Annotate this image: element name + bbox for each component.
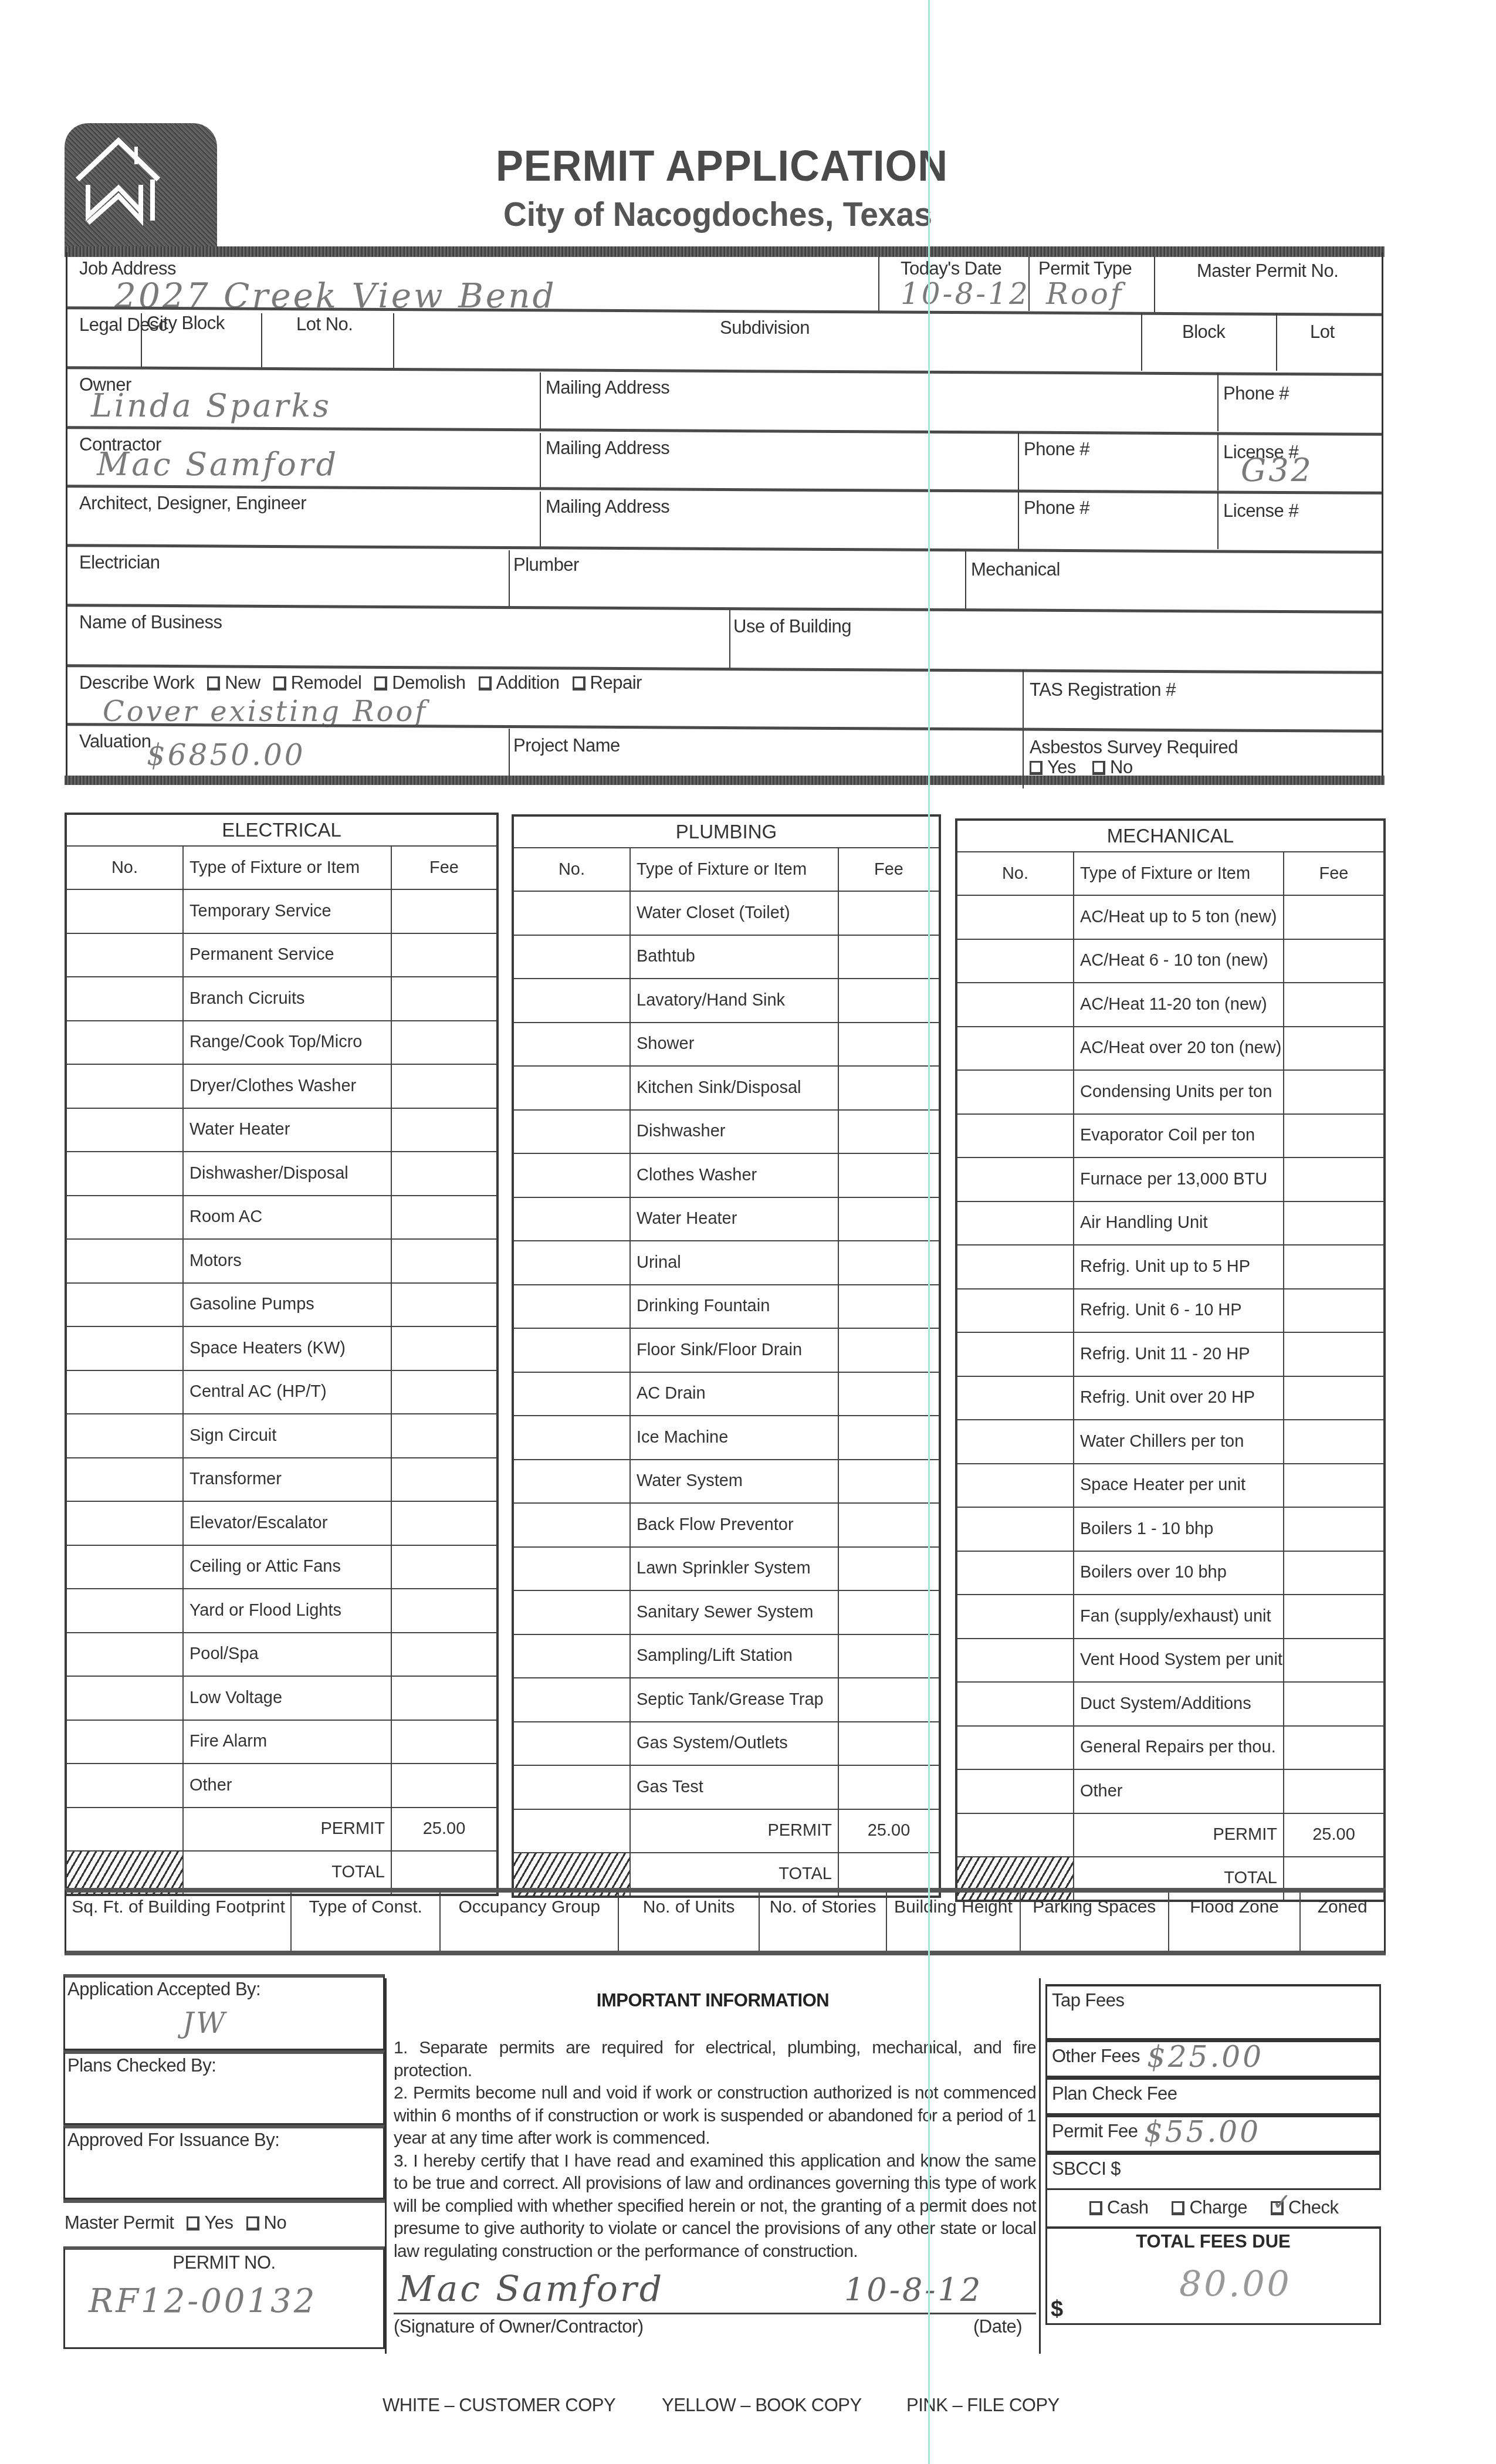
total-currency: $	[1051, 2297, 1063, 2322]
fee-cell[interactable]	[1284, 1769, 1385, 1813]
fee-row: Floor Sink/Floor Drain	[513, 1328, 940, 1372]
sbcci-row: SBCCI $	[1045, 2152, 1381, 2190]
fixture-label: Drinking Fountain	[630, 1285, 838, 1329]
building-info-field[interactable]: Building Height	[887, 1893, 1020, 1951]
fee-row: General Repairs per thou.	[956, 1726, 1385, 1770]
cash-checkbox[interactable]: Cash	[1089, 2198, 1148, 2226]
block-label: Block	[1182, 323, 1225, 342]
fee-row: Other	[66, 1764, 497, 1808]
fixture-label: Other	[1074, 1769, 1284, 1813]
quantity-cell[interactable]	[66, 889, 183, 933]
fees-panel: Tap Fees Other Fees$25.00 Plan Check Fee…	[1045, 1984, 1381, 2325]
fee-cell[interactable]	[838, 1765, 940, 1809]
fee-row: Sanitary Sewer System	[513, 1590, 940, 1634]
quantity-cell[interactable]	[66, 1064, 183, 1108]
project-name-label: Project Name	[513, 736, 620, 756]
checkbox-icon	[187, 2216, 199, 2231]
total-fees-label: TOTAL FEES DUE	[1047, 2229, 1379, 2252]
fee-cell[interactable]	[838, 1547, 940, 1591]
fee-cell[interactable]	[391, 1720, 497, 1764]
repair-checkbox[interactable]: Repair	[573, 673, 642, 693]
quantity-cell[interactable]	[66, 977, 183, 1021]
fee-cell[interactable]	[838, 1416, 940, 1460]
fixture-label: Refrig. Unit 6 - 10 HP	[1074, 1289, 1284, 1333]
quantity-cell[interactable]	[66, 1239, 183, 1283]
fee-row: Branch Cicruits	[66, 977, 497, 1021]
fixture-label: Refrig. Unit over 20 HP	[1074, 1376, 1284, 1420]
fee-cell[interactable]	[391, 977, 497, 1021]
fee-cell[interactable]	[391, 1021, 497, 1065]
fee-cell[interactable]	[391, 1152, 497, 1196]
fixture-label: Furnace per 13,000 BTU	[1074, 1157, 1284, 1201]
other-fees-field[interactable]: $25.00	[1147, 2040, 1264, 2074]
quantity-cell[interactable]	[956, 1507, 1074, 1551]
fee-cell[interactable]	[1284, 1289, 1385, 1333]
quantity-cell[interactable]	[956, 1376, 1074, 1420]
sbcci-label: SBCCI $	[1052, 2158, 1121, 2179]
fixture-label: AC/Heat 6 - 10 ton (new)	[1074, 939, 1284, 983]
fixture-label: Space Heater per unit	[1074, 1464, 1284, 1508]
fixture-label: Water Chillers per ton	[1074, 1420, 1284, 1464]
quantity-cell[interactable]	[66, 1633, 183, 1677]
fee-row: Clothes Washer	[513, 1153, 940, 1197]
contractor-phone-label: Phone #	[1024, 440, 1089, 459]
fixture-label: Central AC (HP/T)	[183, 1370, 391, 1414]
fixture-label: Gasoline Pumps	[183, 1283, 391, 1327]
building-info-field[interactable]: No. of Stories	[760, 1893, 887, 1951]
fee-cell[interactable]	[391, 1633, 497, 1677]
quantity-cell[interactable]	[513, 1241, 630, 1285]
fee-cell[interactable]	[1284, 939, 1385, 983]
quantity-cell[interactable]	[513, 1503, 630, 1547]
quantity-cell[interactable]	[956, 1027, 1074, 1071]
fixture-label: Branch Cicruits	[183, 977, 391, 1021]
permit-fee-cell[interactable]: 25.00	[1284, 1813, 1385, 1857]
fee-row: Lavatory/Hand Sink	[513, 979, 940, 1023]
contractor-license-field[interactable]: G32	[1241, 452, 1314, 489]
permit-fee-cell[interactable]: 25.00	[838, 1809, 940, 1853]
building-info-field[interactable]: Occupancy Group	[441, 1893, 619, 1951]
fee-cell[interactable]	[391, 889, 497, 933]
checkbox-icon	[573, 676, 585, 691]
fee-cell[interactable]	[838, 1372, 940, 1416]
owner-mailing-label: Mailing Address	[546, 378, 669, 398]
quantity-cell[interactable]	[513, 1678, 630, 1722]
form-divider	[65, 776, 1385, 785]
fee-cell[interactable]	[391, 1196, 497, 1240]
fixture-label: Vent Hood System per unit	[1074, 1639, 1284, 1683]
fixture-label: Boilers 1 - 10 bhp	[1074, 1507, 1284, 1551]
fee-row: Sign Circuit	[66, 1414, 497, 1458]
fee-cell[interactable]	[1284, 895, 1385, 939]
quantity-cell[interactable]	[513, 1590, 630, 1634]
important-information: IMPORTANT INFORMATION 1. Separate permit…	[385, 1978, 1041, 2354]
info-item-3: 3. I hereby certify that I have read and…	[394, 2150, 1036, 2263]
fee-cell[interactable]	[391, 1501, 497, 1545]
fee-cell[interactable]	[1284, 1507, 1385, 1551]
fee-cell[interactable]	[838, 1285, 940, 1329]
permit-label: PERMIT	[183, 1808, 391, 1852]
fee-cell[interactable]	[391, 933, 497, 977]
fee-cell[interactable]	[838, 1153, 940, 1197]
quantity-cell[interactable]	[956, 1639, 1074, 1683]
fee-cell[interactable]	[1284, 1376, 1385, 1420]
contractor-field[interactable]: Mac Samford	[97, 446, 339, 483]
check-checkbox[interactable]: ✓Check	[1271, 2198, 1338, 2226]
fee-row: Ice Machine	[513, 1416, 940, 1460]
building-info-field[interactable]: Sq. Ft. of Building Footprint	[66, 1893, 292, 1951]
fixture-label: Clothes Washer	[630, 1153, 838, 1197]
fee-cell[interactable]	[1284, 1726, 1385, 1770]
fee-row: Back Flow Preventor	[513, 1503, 940, 1547]
plan-check-row: Plan Check Fee	[1045, 2077, 1381, 2115]
fee-row: Dryer/Clothes Washer	[66, 1064, 497, 1108]
fee-row: Temporary Service	[66, 889, 497, 933]
quantity-cell[interactable]	[66, 1720, 183, 1764]
fee-row: Vent Hood System per unit	[956, 1639, 1385, 1683]
fee-cell[interactable]	[1284, 1027, 1385, 1071]
fee-row: Water Heater	[513, 1197, 940, 1241]
fee-cell[interactable]	[391, 1458, 497, 1502]
quantity-cell[interactable]	[956, 895, 1074, 939]
electrician-label: Electrician	[79, 553, 160, 573]
quantity-cell[interactable]	[513, 1110, 630, 1154]
quantity-cell[interactable]	[956, 1769, 1074, 1813]
quantity-cell[interactable]	[513, 1547, 630, 1591]
fixture-label: Range/Cook Top/Micro	[183, 1021, 391, 1065]
describe-work-label: Describe Work	[79, 673, 194, 693]
quantity-cell[interactable]	[956, 1289, 1074, 1333]
building-info-row: Sq. Ft. of Building FootprintType of Con…	[65, 1888, 1386, 1955]
fixture-label: Septic Tank/Grease Trap	[630, 1678, 838, 1722]
city-block-label: City Block	[147, 314, 225, 333]
fee-cell[interactable]	[391, 1414, 497, 1458]
fixture-label: Boilers over 10 bhp	[1074, 1551, 1284, 1595]
quantity-cell[interactable]	[66, 933, 183, 977]
permit-type-field[interactable]: Roof	[1046, 277, 1123, 311]
subdivision-label: Subdivision	[720, 319, 810, 338]
fee-cell[interactable]	[1284, 1070, 1385, 1114]
permit-fee-field[interactable]: $55.00	[1144, 2115, 1261, 2149]
quantity-cell[interactable]	[956, 1551, 1074, 1595]
fee-cell[interactable]	[838, 1503, 940, 1547]
fee-cell[interactable]	[838, 1066, 940, 1110]
permit-fee-cell[interactable]: 25.00	[391, 1808, 497, 1852]
quantity-cell[interactable]	[956, 1332, 1074, 1376]
fixture-label: Water Heater	[183, 1108, 391, 1152]
signature-label: (Signature of Owner/Contractor)	[394, 2317, 644, 2337]
approved-by-label: Approved For Issuance By:	[65, 2128, 383, 2152]
scan-artifact-line	[928, 0, 930, 2464]
fee-cell[interactable]	[838, 935, 940, 979]
quantity-cell[interactable]	[513, 1023, 630, 1067]
electrical-fee-table: ELECTRICALNo.Type of Fixture or ItemFeeT…	[65, 813, 499, 1896]
quantity-cell[interactable]	[66, 1501, 183, 1545]
signature-field[interactable]: Mac Samford	[398, 2269, 664, 2310]
fee-cell[interactable]	[1284, 1595, 1385, 1639]
fixture-label: Water System	[630, 1460, 838, 1504]
use-of-building-label: Use of Building	[733, 617, 851, 637]
quantity-cell[interactable]	[956, 1114, 1074, 1158]
fixture-label: AC Drain	[630, 1372, 838, 1416]
permit-no-field[interactable]: RF12-00132	[89, 2282, 317, 2320]
charge-checkbox[interactable]: Charge	[1172, 2198, 1247, 2226]
fee-row: Boilers 1 - 10 bhp	[956, 1507, 1385, 1551]
fixture-label: Lawn Sprinkler System	[630, 1547, 838, 1591]
quantity-cell[interactable]	[956, 1201, 1074, 1245]
quantity-cell[interactable]	[956, 1070, 1074, 1114]
quantity-cell[interactable]	[513, 1153, 630, 1197]
valuation-field[interactable]: $6850.00	[147, 738, 306, 772]
quantity-cell[interactable]	[66, 1458, 183, 1502]
master-permit-field[interactable]	[1159, 282, 1382, 311]
fee-cell[interactable]	[1284, 1464, 1385, 1508]
fee-cell[interactable]	[838, 1590, 940, 1634]
fixture-label: Temporary Service	[183, 889, 391, 933]
new-checkbox[interactable]: New	[207, 673, 260, 693]
architect-mailing-label: Mailing Address	[546, 497, 669, 517]
master-permit-yes-checkbox[interactable]: Yes	[187, 2213, 233, 2236]
fixture-label: Yard or Flood Lights	[183, 1589, 391, 1633]
quantity-cell[interactable]	[66, 1283, 183, 1327]
asbestos-no-checkbox[interactable]: No	[1092, 758, 1133, 777]
quantity-cell[interactable]	[956, 1420, 1074, 1464]
fee-row: Dishwasher	[513, 1110, 940, 1154]
yellow-copy-label: YELLOW – BOOK COPY	[662, 2395, 862, 2416]
quantity-cell[interactable]	[956, 1464, 1074, 1508]
remodel-checkbox[interactable]: Remodel	[273, 673, 362, 693]
master-permit-no-checkbox[interactable]: No	[246, 2213, 287, 2236]
fee-cell[interactable]	[1284, 1682, 1385, 1726]
building-info-field[interactable]: Zoned	[1301, 1893, 1384, 1951]
quantity-cell[interactable]	[513, 1285, 630, 1329]
fee-row: Duct System/Additions	[956, 1682, 1385, 1726]
application-form: Job Address 2027 Creek View Bend Today's…	[66, 252, 1383, 785]
checkbox-icon	[1030, 761, 1043, 775]
fee-cell[interactable]	[1284, 1245, 1385, 1289]
todays-date-field[interactable]: 10-8-12	[901, 277, 1030, 311]
total-fees-box: TOTAL FEES DUE $ 80.00	[1045, 2226, 1381, 2325]
quantity-cell[interactable]	[513, 1416, 630, 1460]
fee-row: Motors	[66, 1239, 497, 1283]
fee-row: AC/Heat 6 - 10 ton (new)	[956, 939, 1385, 983]
quantity-cell[interactable]	[956, 1157, 1074, 1201]
quantity-cell[interactable]	[513, 1460, 630, 1504]
quantity-cell[interactable]	[513, 1328, 630, 1372]
valuation-label: Valuation	[79, 732, 151, 752]
quantity-cell[interactable]	[956, 983, 1074, 1027]
quantity-cell[interactable]	[66, 1196, 183, 1240]
checkbox-icon	[246, 2216, 259, 2231]
quantity-cell[interactable]	[66, 1676, 183, 1720]
fee-cell[interactable]	[838, 1110, 940, 1154]
fixture-label: Refrig. Unit 11 - 20 HP	[1074, 1332, 1284, 1376]
fee-row: Refrig. Unit over 20 HP	[956, 1376, 1385, 1420]
tap-fees-row: Tap Fees	[1045, 1984, 1381, 2040]
fee-cell[interactable]	[838, 979, 940, 1023]
quantity-cell[interactable]	[66, 1370, 183, 1414]
fee-cell[interactable]	[838, 1634, 940, 1678]
fee-cell[interactable]	[1284, 983, 1385, 1027]
type-column-header: Type of Fixture or Item	[183, 846, 391, 889]
quantity-cell[interactable]	[513, 1722, 630, 1766]
fee-row: Range/Cook Top/Micro	[66, 1021, 497, 1065]
fee-cell[interactable]	[838, 1197, 940, 1241]
fee-row: Lawn Sprinkler System	[513, 1547, 940, 1591]
owner-field[interactable]: Linda Sparks	[91, 387, 331, 424]
type-column-header: Type of Fixture or Item	[630, 848, 838, 891]
accepted-by-field[interactable]: JW	[182, 2007, 228, 2040]
fee-row: Kitchen Sink/Disposal	[513, 1066, 940, 1110]
signature-date-field[interactable]: 10-8-12	[844, 2272, 983, 2309]
fee-cell[interactable]	[1284, 1114, 1385, 1158]
fee-row: Refrig. Unit 11 - 20 HP	[956, 1332, 1385, 1376]
building-info-field[interactable]: Parking Spaces	[1021, 1893, 1169, 1951]
master-permit-label: Master Permit No.	[1197, 262, 1338, 281]
fee-row: Refrig. Unit up to 5 HP	[956, 1245, 1385, 1289]
quantity-cell[interactable]	[66, 1589, 183, 1633]
fee-cell[interactable]	[1284, 1332, 1385, 1376]
blank-cell	[66, 1808, 183, 1852]
quantity-cell[interactable]	[513, 1765, 630, 1809]
electrical-title: ELECTRICAL	[66, 814, 497, 846]
building-info-field[interactable]: No. of Units	[619, 1893, 759, 1951]
no-column-header: No.	[956, 852, 1074, 895]
fee-cell[interactable]	[1284, 1201, 1385, 1245]
other-fees-row: Other Fees$25.00	[1045, 2040, 1381, 2077]
fixture-label: Dryer/Clothes Washer	[183, 1064, 391, 1108]
quantity-cell[interactable]	[513, 891, 630, 935]
fee-row: AC/Heat up to 5 ton (new)	[956, 895, 1385, 939]
addition-checkbox[interactable]: Addition	[479, 673, 560, 693]
fee-row: Gasoline Pumps	[66, 1283, 497, 1327]
quantity-cell[interactable]	[513, 1372, 630, 1416]
fixture-label: Fire Alarm	[183, 1720, 391, 1764]
fixture-label: Ceiling or Attic Fans	[183, 1545, 391, 1589]
fixture-label: Floor Sink/Floor Drain	[630, 1328, 838, 1372]
fee-cell[interactable]	[838, 1722, 940, 1766]
white-copy-label: WHITE – CUSTOMER COPY	[383, 2395, 615, 2416]
quantity-cell[interactable]	[66, 1764, 183, 1808]
quantity-cell[interactable]	[956, 939, 1074, 983]
quantity-cell[interactable]	[66, 1152, 183, 1196]
checkbox-icon	[1089, 2201, 1102, 2215]
fee-cell[interactable]	[391, 1764, 497, 1808]
fixture-label: Back Flow Preventor	[630, 1503, 838, 1547]
fixture-label: Lavatory/Hand Sink	[630, 979, 838, 1023]
fee-cell[interactable]	[1284, 1420, 1385, 1464]
fee-row: Evaporator Coil per ton	[956, 1114, 1385, 1158]
quantity-cell[interactable]	[956, 1595, 1074, 1639]
fixture-label: AC/Heat up to 5 ton (new)	[1074, 895, 1284, 939]
fee-row: Central AC (HP/T)	[66, 1370, 497, 1414]
owner-phone-label: Phone #	[1223, 384, 1289, 404]
building-info-field[interactable]: Flood Zone	[1169, 1893, 1301, 1951]
fee-column-header: Fee	[391, 846, 497, 889]
demolish-checkbox[interactable]: Demolish	[374, 673, 465, 693]
checkbox-icon	[374, 676, 387, 691]
quantity-cell[interactable]	[513, 1066, 630, 1110]
fee-row: Fan (supply/exhaust) unit	[956, 1595, 1385, 1639]
quantity-cell[interactable]	[956, 1726, 1074, 1770]
quantity-cell[interactable]	[513, 1197, 630, 1241]
architect-label: Architect, Designer, Engineer	[79, 494, 306, 513]
fixture-label: Room AC	[183, 1196, 391, 1240]
quantity-cell[interactable]	[513, 935, 630, 979]
lot-label: Lot	[1310, 323, 1335, 342]
quantity-cell[interactable]	[66, 1545, 183, 1589]
fee-cell[interactable]	[838, 1678, 940, 1722]
quantity-cell[interactable]	[956, 1245, 1074, 1289]
fee-cell[interactable]	[391, 1370, 497, 1414]
fee-column-header: Fee	[838, 848, 940, 891]
other-fees-label: Other Fees	[1052, 2046, 1140, 2066]
fee-row: Urinal	[513, 1241, 940, 1285]
fee-cell[interactable]	[838, 1328, 940, 1372]
fee-cell[interactable]	[391, 1326, 497, 1370]
fixture-label: Sanitary Sewer System	[630, 1590, 838, 1634]
permit-no-label: PERMIT NO.	[65, 2250, 383, 2273]
fixture-label: Gas Test	[630, 1765, 838, 1809]
fee-cell[interactable]	[838, 891, 940, 935]
building-info-field[interactable]: Type of Const.	[292, 1893, 441, 1951]
total-fees-field[interactable]: 80.00	[1179, 2264, 1292, 2305]
fee-cell[interactable]	[838, 1460, 940, 1504]
asbestos-yes-checkbox[interactable]: Yes	[1030, 758, 1076, 777]
checkbox-icon	[273, 676, 286, 691]
asbestos-options: Yes No	[1030, 758, 1133, 777]
fee-row: Yard or Flood Lights	[66, 1589, 497, 1633]
fee-row: Low Voltage	[66, 1676, 497, 1720]
fixture-label: AC/Heat 11-20 ton (new)	[1074, 983, 1284, 1027]
fee-cell[interactable]	[391, 1589, 497, 1633]
quantity-cell[interactable]	[956, 1682, 1074, 1726]
fixture-label: Condensing Units per ton	[1074, 1070, 1284, 1114]
fee-row: Bathtub	[513, 935, 940, 979]
quantity-cell[interactable]	[66, 1414, 183, 1458]
fee-cell[interactable]	[1284, 1551, 1385, 1595]
plumbing-title: PLUMBING	[513, 815, 940, 848]
fee-cell[interactable]	[391, 1676, 497, 1720]
fee-cell[interactable]	[391, 1239, 497, 1283]
quantity-cell[interactable]	[513, 979, 630, 1023]
fixture-label: Duct System/Additions	[1074, 1682, 1284, 1726]
fee-cell[interactable]	[1284, 1157, 1385, 1201]
fee-row: Space Heater per unit	[956, 1464, 1385, 1508]
permit-type-label: Permit Type	[1038, 259, 1132, 279]
fixture-label: Space Heaters (KW)	[183, 1326, 391, 1370]
fee-row: Water Closet (Toilet)	[513, 891, 940, 935]
contractor-mailing-label: Mailing Address	[546, 439, 669, 458]
fee-cell[interactable]	[391, 1545, 497, 1589]
quantity-cell[interactable]	[66, 1108, 183, 1152]
fee-cell[interactable]	[838, 1241, 940, 1285]
fee-cell[interactable]	[391, 1108, 497, 1152]
architect-license-label: License #	[1223, 502, 1298, 521]
quantity-cell[interactable]	[513, 1634, 630, 1678]
quantity-cell[interactable]	[66, 1021, 183, 1065]
fee-cell[interactable]	[838, 1023, 940, 1067]
fee-row: Furnace per 13,000 BTU	[956, 1157, 1385, 1201]
approvals-panel: Application Accepted By: JW Plans Checke…	[63, 1974, 385, 2349]
fee-cell[interactable]	[1284, 1639, 1385, 1683]
fee-cell[interactable]	[391, 1283, 497, 1327]
fee-row: Other	[956, 1769, 1385, 1813]
quantity-cell[interactable]	[66, 1326, 183, 1370]
fee-cell[interactable]	[391, 1064, 497, 1108]
info-item-2: 2. Permits become null and void if work …	[394, 2082, 1036, 2150]
date-label: (Date)	[973, 2317, 1022, 2337]
